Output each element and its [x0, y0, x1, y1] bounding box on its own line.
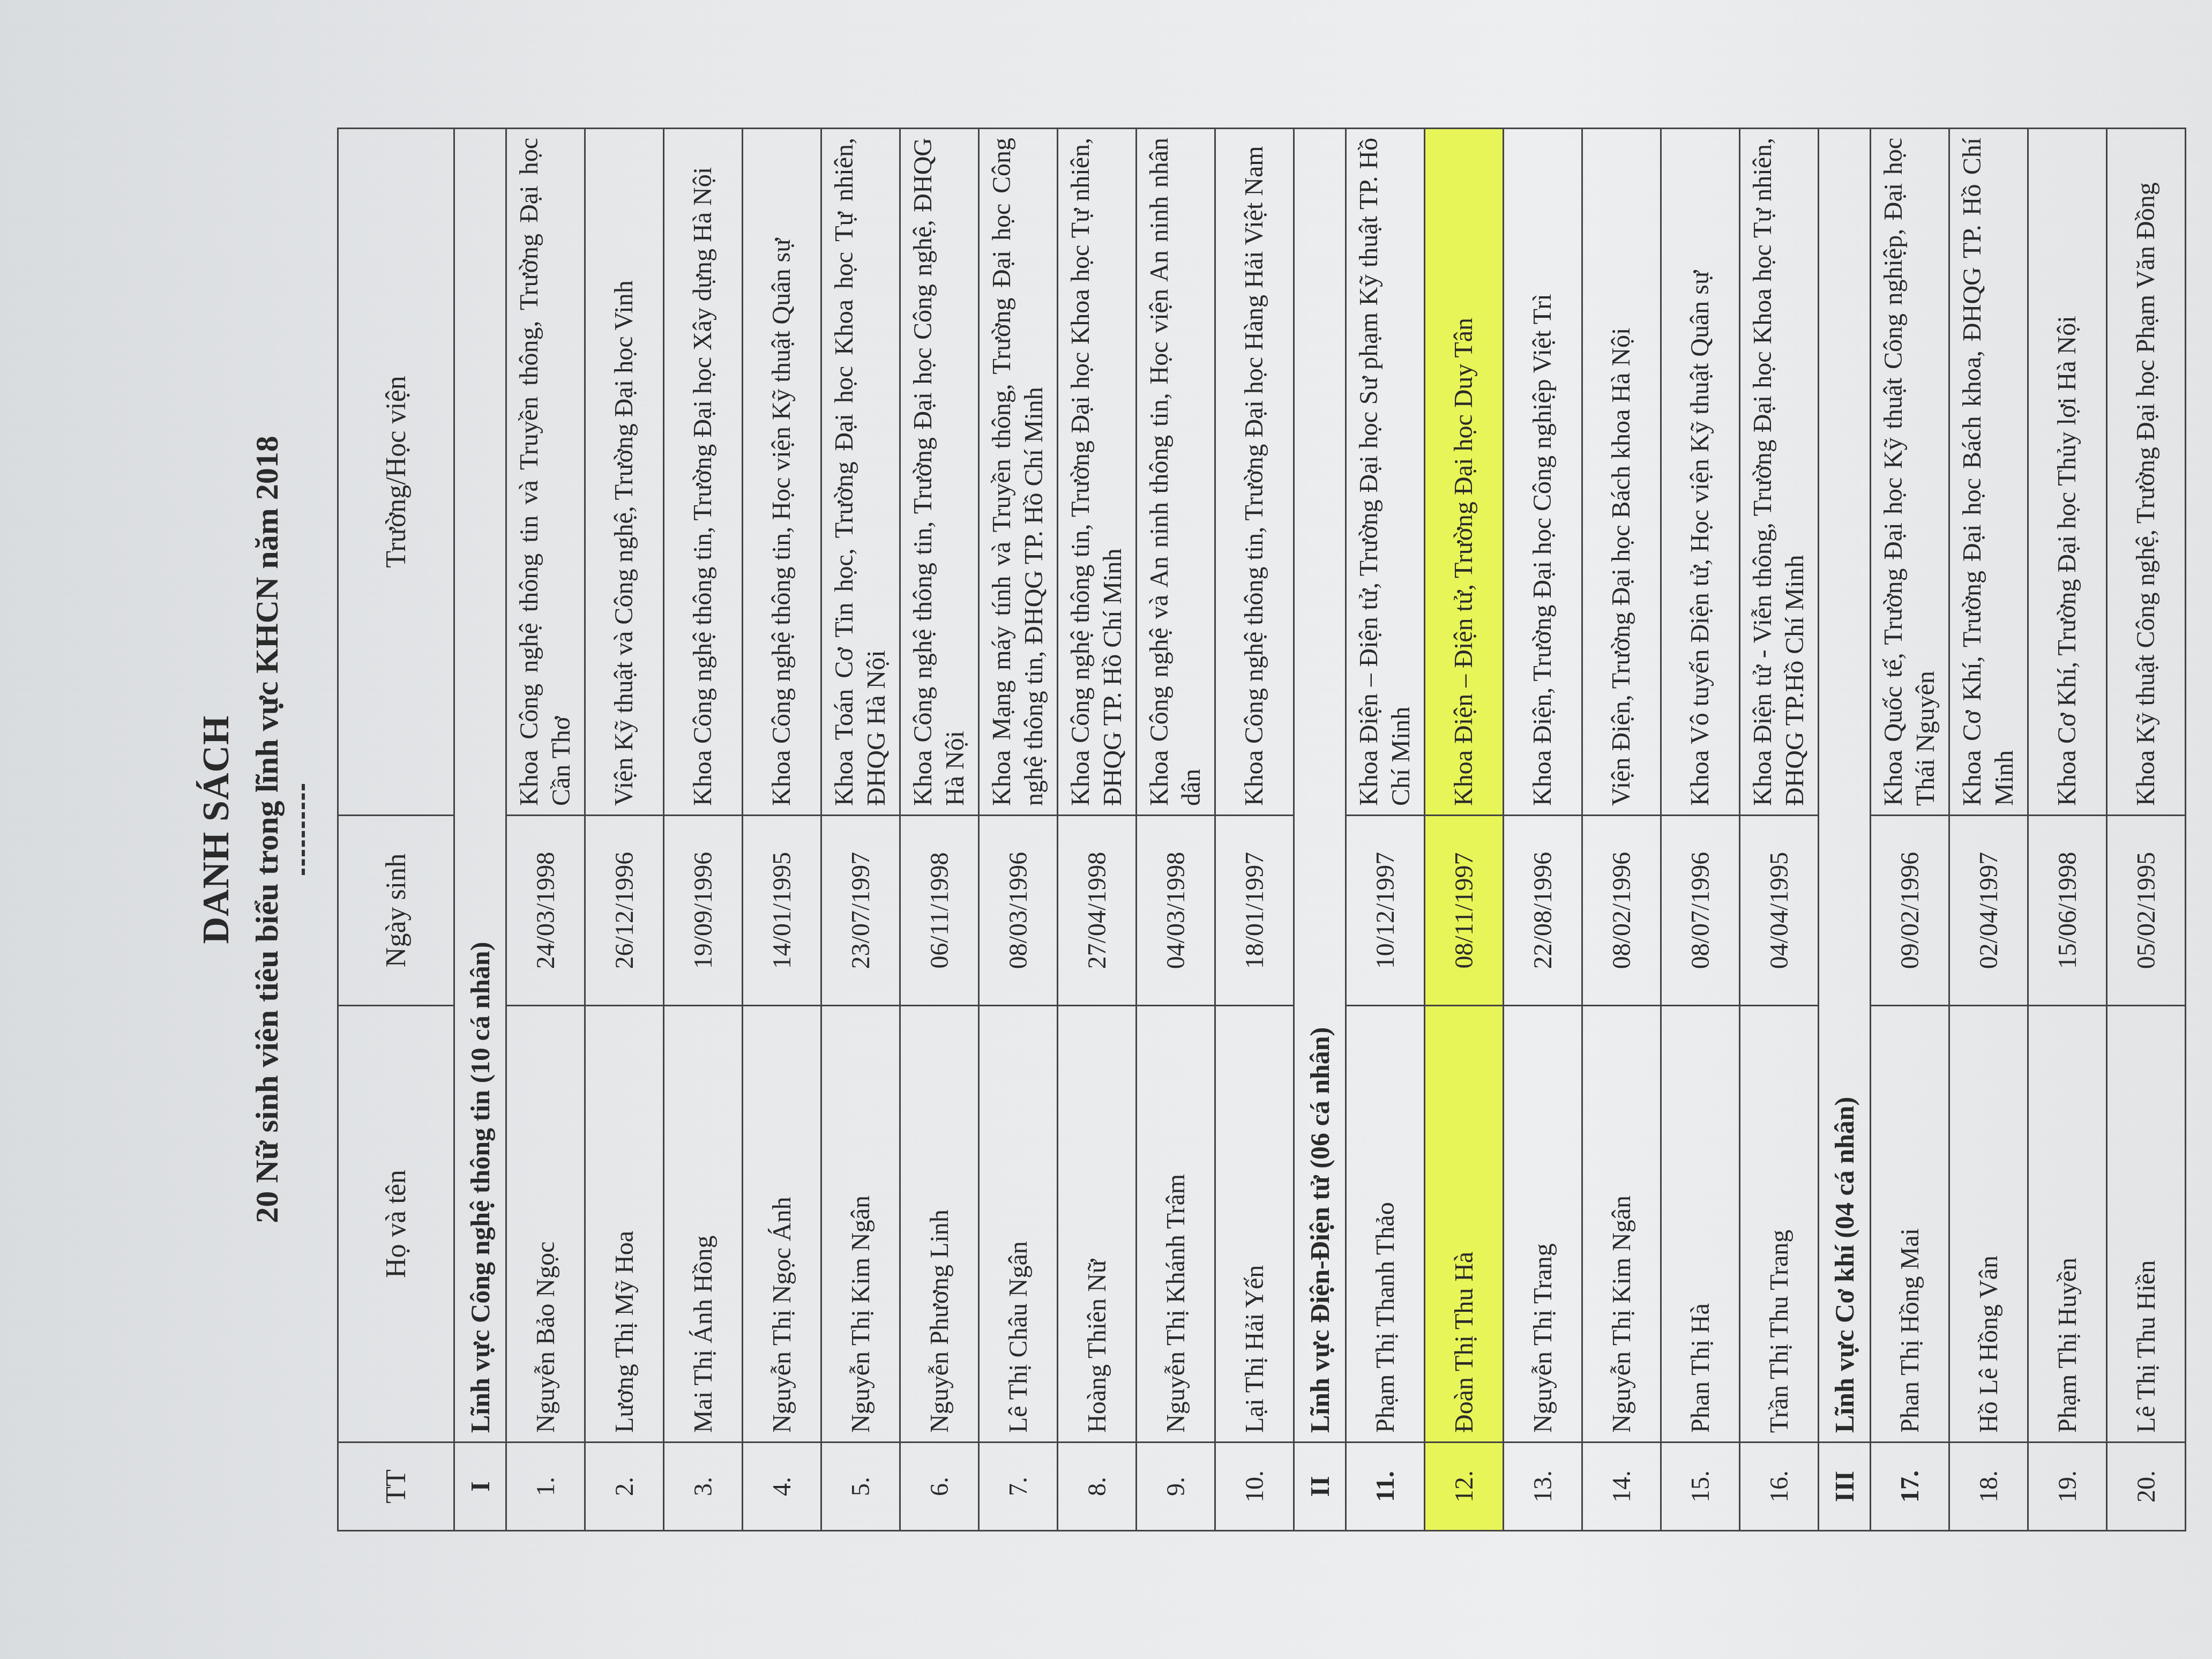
- table-row: 17.Phan Thị Hồng Mai09/02/1996Khoa Quốc …: [1871, 129, 1949, 1531]
- cell-tt: 13.: [1504, 1443, 1582, 1531]
- cell-school: Khoa Điện – Điện tử, Trường Đại học Duy …: [1425, 129, 1504, 816]
- table-row: 16.Trần Thị Thu Trang04/04/1995Khoa Điện…: [1740, 129, 1819, 1531]
- cell-tt: 17.: [1871, 1443, 1949, 1531]
- cell-tt: 2.: [585, 1443, 664, 1531]
- document-page: DANH SÁCH 20 Nữ sinh viên tiêu biểu tron…: [115, 53, 2097, 1606]
- cell-school: Khoa Mạng máy tính và Truyền thông, Trườ…: [979, 129, 1058, 816]
- cell-dob: 24/03/1998: [506, 816, 585, 1006]
- section-label: Lĩnh vực Công nghệ thông tin (10 cá nhân…: [454, 129, 506, 1443]
- cell-school: Khoa Vô tuyến Điện tử, Học viện Kỹ thuật…: [1661, 129, 1740, 816]
- cell-name: Phạm Thị Huyền: [2028, 1006, 2107, 1443]
- cell-tt: 1.: [506, 1443, 585, 1531]
- table-row: 19.Phạm Thị Huyền15/06/1998Khoa Cơ Khí, …: [2028, 129, 2107, 1531]
- table-body: ILĩnh vực Công nghệ thông tin (10 cá nhâ…: [454, 129, 2186, 1531]
- cell-name: Lại Thị Hải Yến: [1215, 1006, 1294, 1443]
- header-name: Họ và tên: [338, 1006, 454, 1443]
- header-dob: Ngày sinh: [338, 816, 454, 1006]
- cell-tt: 15.: [1661, 1443, 1740, 1531]
- cell-name: Phan Thị Hồng Mai: [1871, 1006, 1949, 1443]
- table-row: 20.Lê Thị Thu Hiền05/02/1995Khoa Kỹ thuậ…: [2107, 129, 2186, 1531]
- table-row-highlighted: 12.Đoàn Thị Thu Hà08/11/1997Khoa Điện – …: [1425, 129, 1504, 1531]
- cell-school: Khoa Điện tử - Viễn thông, Trường Đại họ…: [1740, 129, 1819, 816]
- section-number: II: [1294, 1443, 1346, 1531]
- table-row: 2.Lương Thị Mỹ Hoa26/12/1996Viện Kỹ thuậ…: [585, 129, 664, 1531]
- cell-dob: 08/03/1996: [979, 816, 1058, 1006]
- cell-tt: 18.: [1949, 1443, 2028, 1531]
- table-row: 7.Lê Thị Châu Ngân08/03/1996Khoa Mạng má…: [979, 129, 1058, 1531]
- cell-school: Khoa Cơ Khí, Trường Đại học Thủy lợi Hà …: [2028, 129, 2107, 816]
- table-row: 4.Nguyễn Thị Ngọc Ánh14/01/1995Khoa Công…: [743, 129, 821, 1531]
- cell-name: Nguyễn Thị Khánh Trâm: [1137, 1006, 1215, 1443]
- cell-tt: 9.: [1137, 1443, 1215, 1531]
- cell-dob: 08/02/1996: [1582, 816, 1661, 1006]
- cell-dob: 14/01/1995: [743, 816, 821, 1006]
- table-row: 1.Nguyễn Bảo Ngọc24/03/1998Khoa Công ngh…: [506, 129, 585, 1531]
- cell-dob: 02/04/1997: [1949, 816, 2028, 1006]
- title-divider: [302, 784, 305, 875]
- cell-dob: 08/11/1997: [1425, 816, 1504, 1006]
- table-row: 15.Phan Thị Hà08/07/1996Khoa Vô tuyến Đi…: [1661, 129, 1740, 1531]
- cell-tt: 4.: [743, 1443, 821, 1531]
- cell-school: Viện Kỹ thuật và Công nghệ, Trường Đại h…: [585, 129, 664, 816]
- cell-name: Trần Thị Thu Trang: [1740, 1006, 1819, 1443]
- cell-dob: 18/01/1997: [1215, 816, 1294, 1006]
- cell-tt: 6.: [900, 1443, 979, 1531]
- section-row: ILĩnh vực Công nghệ thông tin (10 cá nhâ…: [454, 129, 506, 1531]
- cell-tt: 16.: [1740, 1443, 1819, 1531]
- cell-dob: 15/06/1998: [2028, 816, 2107, 1006]
- document-subtitle: 20 Nữ sinh viên tiêu biểu trong lĩnh vực…: [249, 53, 286, 1606]
- cell-tt: 3.: [664, 1443, 743, 1531]
- cell-school: Khoa Công nghệ thông tin, Trường Đại học…: [1215, 129, 1294, 816]
- students-table: TT Họ và tên Ngày sinh Trường/Học viện I…: [337, 128, 2186, 1531]
- cell-name: Phan Thị Hà: [1661, 1006, 1740, 1443]
- cell-tt: 7.: [979, 1443, 1058, 1531]
- cell-name: Lê Thị Châu Ngân: [979, 1006, 1058, 1443]
- cell-name: Nguyễn Phương Linh: [900, 1006, 979, 1443]
- cell-name: Nguyễn Thị Kim Ngân: [821, 1006, 900, 1443]
- section-row: IIILĩnh vực Cơ khí (04 cá nhân): [1819, 129, 1871, 1531]
- cell-name: Phạm Thị Thanh Thảo: [1346, 1006, 1425, 1443]
- cell-dob: 09/02/1996: [1871, 816, 1949, 1006]
- cell-school: Khoa Điện, Trường Đại học Công nghiệp Vi…: [1504, 129, 1582, 816]
- cell-dob: 05/02/1995: [2107, 816, 2186, 1006]
- cell-dob: 10/12/1997: [1346, 816, 1425, 1006]
- cell-tt: 19.: [2028, 1443, 2107, 1531]
- cell-tt: 12.: [1425, 1443, 1504, 1531]
- cell-name: Mai Thị Ánh Hồng: [664, 1006, 743, 1443]
- header-school: Trường/Học viện: [338, 129, 454, 816]
- header-tt: TT: [338, 1443, 454, 1531]
- cell-dob: 04/04/1995: [1740, 816, 1819, 1006]
- cell-school: Khoa Toán Cơ Tin học, Trường Đại học Kho…: [821, 129, 900, 816]
- section-number: III: [1819, 1443, 1871, 1531]
- cell-name: Hoàng Thiên Nữ: [1058, 1006, 1137, 1443]
- table-row: 14.Nguyễn Thị Kim Ngân08/02/1996Viện Điệ…: [1582, 129, 1661, 1531]
- cell-school: Khoa Cơ Khí, Trường Đại học Bách khoa, Đ…: [1949, 129, 2028, 816]
- cell-name: Hồ Lê Hồng Vân: [1949, 1006, 2028, 1443]
- cell-school: Khoa Điện – Điện tử, Trường Đại học Sư p…: [1346, 129, 1425, 816]
- section-row: IILĩnh vực Điện-Điện tử (06 cá nhân): [1294, 129, 1346, 1531]
- section-number: I: [454, 1443, 506, 1531]
- cell-name: Nguyễn Thị Kim Ngân: [1582, 1006, 1661, 1443]
- table-row: 9.Nguyễn Thị Khánh Trâm04/03/1998Khoa Cô…: [1137, 129, 1215, 1531]
- cell-name: Lương Thị Mỹ Hoa: [585, 1006, 664, 1443]
- cell-name: Lê Thị Thu Hiền: [2107, 1006, 2186, 1443]
- table-row: 5.Nguyễn Thị Kim Ngân23/07/1997Khoa Toán…: [821, 129, 900, 1531]
- cell-tt: 20.: [2107, 1443, 2186, 1531]
- table-row: 18.Hồ Lê Hồng Vân02/04/1997Khoa Cơ Khí, …: [1949, 129, 2028, 1531]
- section-label: Lĩnh vực Điện-Điện tử (06 cá nhân): [1294, 129, 1346, 1443]
- table-row: 6.Nguyễn Phương Linh06/11/1998Khoa Công …: [900, 129, 979, 1531]
- cell-dob: 19/09/1996: [664, 816, 743, 1006]
- cell-dob: 26/12/1996: [585, 816, 664, 1006]
- cell-school: Khoa Quốc tế, Trường Đại học Kỹ thuật Cô…: [1871, 129, 1949, 816]
- cell-dob: 27/04/1998: [1058, 816, 1137, 1006]
- cell-tt: 5.: [821, 1443, 900, 1531]
- cell-name: Nguyễn Bảo Ngọc: [506, 1006, 585, 1443]
- cell-tt: 8.: [1058, 1443, 1137, 1531]
- cell-school: Khoa Kỹ thuật Công nghệ, Trường Đại học …: [2107, 129, 2186, 816]
- cell-name: Nguyễn Thị Trang: [1504, 1006, 1582, 1443]
- table-row: 11.Phạm Thị Thanh Thảo10/12/1997Khoa Điệ…: [1346, 129, 1425, 1531]
- cell-school: Viện Điện, Trường Đại học Bách khoa Hà N…: [1582, 129, 1661, 816]
- cell-school: Khoa Công nghệ thông tin, Trường Đại học…: [1058, 129, 1137, 816]
- cell-dob: 08/07/1996: [1661, 816, 1740, 1006]
- cell-school: Khoa Công nghệ thông tin, Học viện Kỹ th…: [743, 129, 821, 816]
- table-row: 8.Hoàng Thiên Nữ27/04/1998Khoa Công nghệ…: [1058, 129, 1137, 1531]
- cell-dob: 04/03/1998: [1137, 816, 1215, 1006]
- cell-school: Khoa Công nghệ thông tin, Trường Đại học…: [664, 129, 743, 816]
- cell-school: Khoa Công nghệ thông tin và Truyền thông…: [506, 129, 585, 816]
- cell-dob: 22/08/1996: [1504, 816, 1582, 1006]
- cell-name: Đoàn Thị Thu Hà: [1425, 1006, 1504, 1443]
- cell-name: Nguyễn Thị Ngọc Ánh: [743, 1006, 821, 1443]
- table-row: 13.Nguyễn Thị Trang22/08/1996Khoa Điện, …: [1504, 129, 1582, 1531]
- section-label: Lĩnh vực Cơ khí (04 cá nhân): [1819, 129, 1871, 1443]
- cell-school: Khoa Công nghệ thông tin, Trường Đại học…: [900, 129, 979, 816]
- document-title: DANH SÁCH: [195, 53, 238, 1606]
- cell-dob: 06/11/1998: [900, 816, 979, 1006]
- cell-tt: 10.: [1215, 1443, 1294, 1531]
- cell-tt: 11.: [1346, 1443, 1425, 1531]
- cell-dob: 23/07/1997: [821, 816, 900, 1006]
- cell-tt: 14.: [1582, 1443, 1661, 1531]
- table-row: 10.Lại Thị Hải Yến18/01/1997Khoa Công ng…: [1215, 129, 1294, 1531]
- table-row: 3.Mai Thị Ánh Hồng19/09/1996Khoa Công ng…: [664, 129, 743, 1531]
- table-header-row: TT Họ và tên Ngày sinh Trường/Học viện: [338, 129, 454, 1531]
- cell-school: Khoa Công nghệ và An ninh thông tin, Học…: [1137, 129, 1215, 816]
